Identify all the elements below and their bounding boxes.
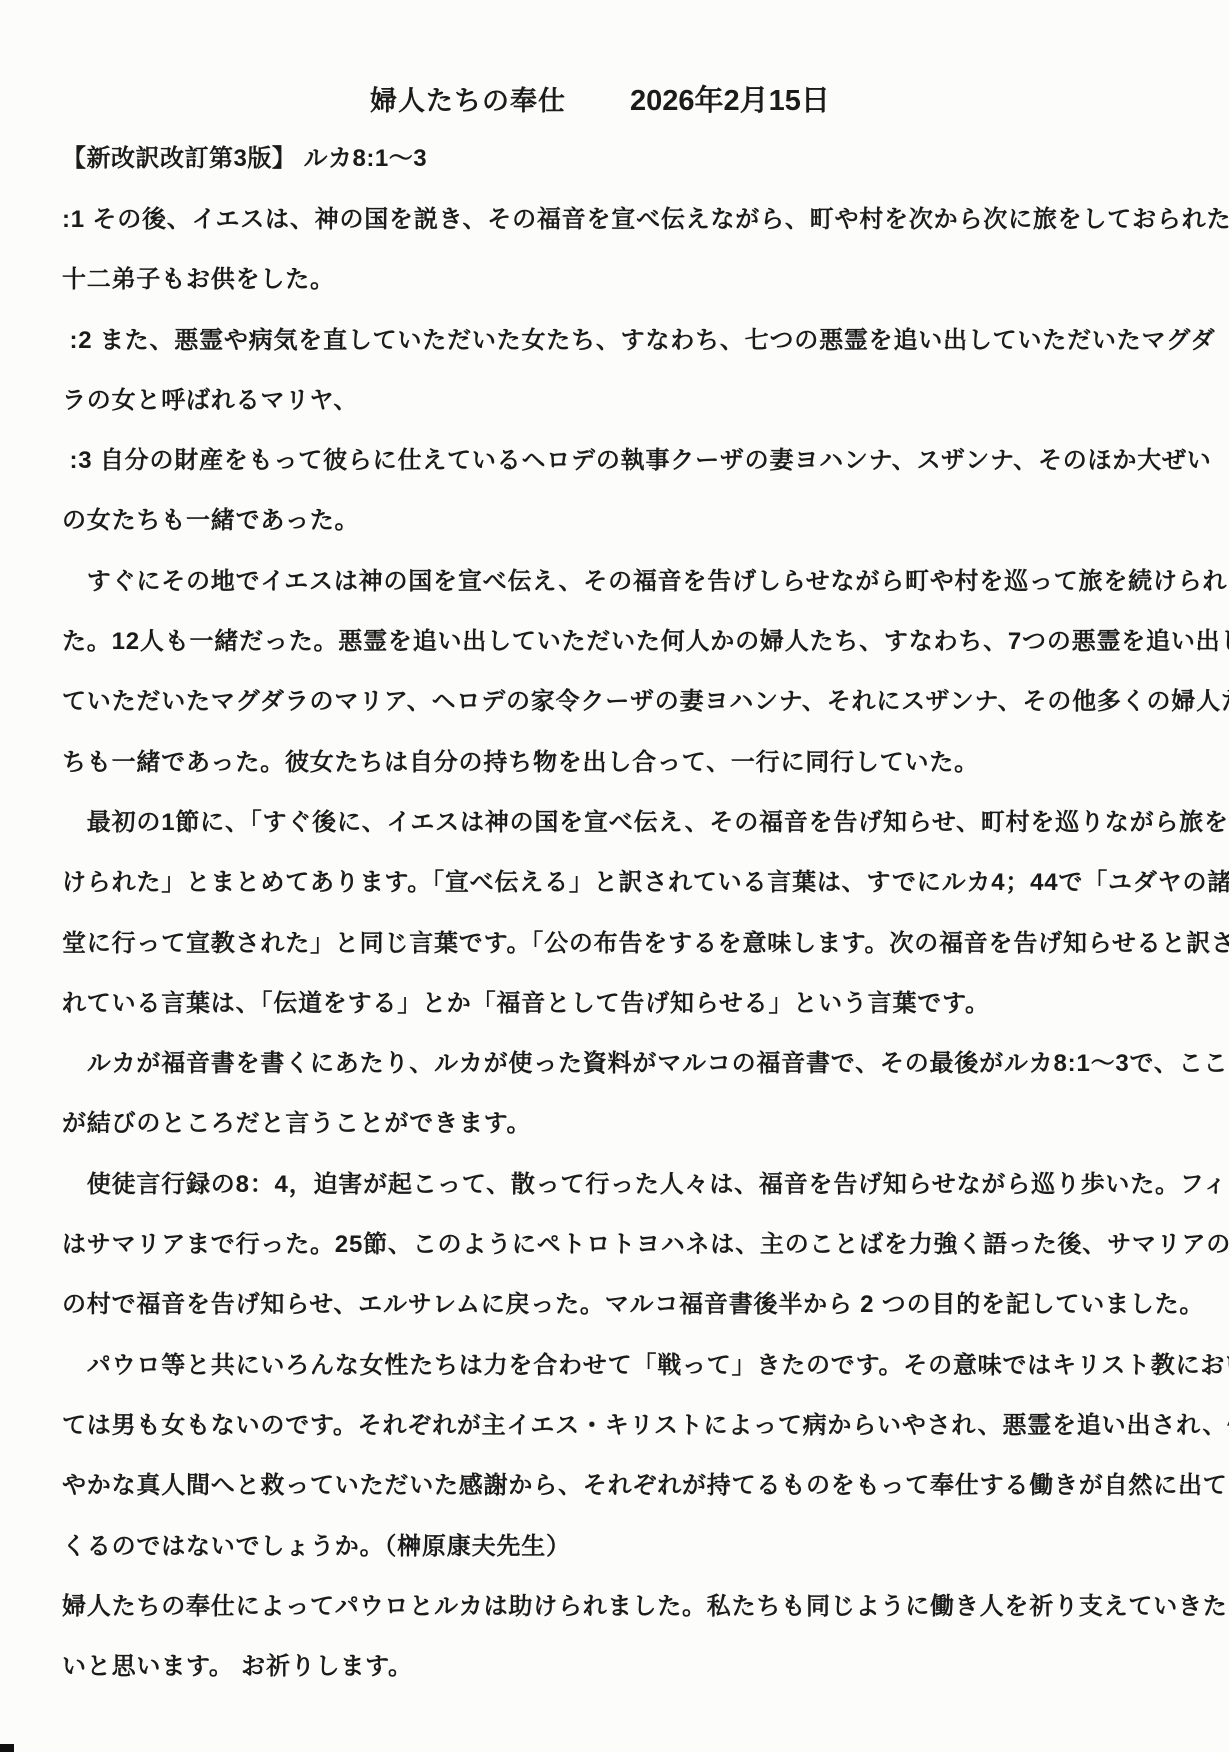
document-title: 婦人たちの奉仕 xyxy=(370,79,566,118)
document-header: 婦人たちの奉仕 2026年2月15日 xyxy=(370,78,830,119)
text-line: 最初の1節に、「すぐ後に、イエスは神の国を宣べ伝え、その福音を告げ知らせ、町村を… xyxy=(62,793,1177,853)
text-line: 十二弟子もお供をした。 xyxy=(62,250,1177,310)
text-line: ルカが福音書を書くにあたり、ルカが使った資料がマルコの福音書で、その最後がルカ8… xyxy=(62,1034,1177,1094)
translation-heading: 【新改訳改訂第3版】 ルカ8:1～3 xyxy=(62,138,427,173)
text-line: ちも一緒であった。彼女たちは自分の持ち物を出し合って、一行に同行していた。 xyxy=(62,733,1177,793)
text-line: 使徒言行録の8：4，迫害が起こって、散って行った人々は、福音を告げ知らせながら巡… xyxy=(62,1155,1177,1215)
text-line: ては男も女もないのです。それぞれが主イエス・キリストによって病からいやされ、悪霊… xyxy=(62,1396,1177,1456)
scanned-document-page: 婦人たちの奉仕 2026年2月15日 【新改訳改訂第3版】 ルカ8:1～3 :1… xyxy=(0,0,1229,1752)
text-line: :2 また、悪霊や病気を直していただいた女たち、すなわち、七つの悪霊を追い出して… xyxy=(62,311,1177,371)
text-line: ラの女と呼ばれるマリヤ、 xyxy=(62,371,1177,431)
text-line: :1 その後、イエスは、神の国を説き、その福音を宣べ伝えながら、町や村を次から次… xyxy=(62,190,1177,250)
text-line: の村で福音を告げ知らせ、エルサレムに戻った。マルコ福音書後半から 2 つの目的を… xyxy=(62,1275,1177,1335)
text-line: 堂に行って宣教された」と同じ言葉です。「公の布告をするを意味します。次の福音を告… xyxy=(62,914,1177,974)
document-body: :1 その後、イエスは、神の国を説き、その福音を宣べ伝えながら、町や村を次から次… xyxy=(62,190,1177,1697)
text-line: はサマリアまで行った。25節、このようにペトロトヨハネは、主のことばを力強く語っ… xyxy=(62,1215,1177,1275)
text-line: パウロ等と共にいろんな女性たちは力を合わせて「戦って」きたのです。その意味ではキ… xyxy=(62,1336,1177,1396)
text-line: た。12人も一緒だった。悪霊を追い出していただいた何人かの婦人たち、すなわち、7… xyxy=(62,612,1177,672)
document-date: 2026年2月15日 xyxy=(630,78,830,119)
text-line: すぐにその地でイエスは神の国を宣べ伝え、その福音を告げしらせながら町や村を巡って… xyxy=(62,552,1177,612)
text-line: ていただいたマグダラのマリア、ヘロデの家令クーザの妻ヨハンナ、それにスザンナ、そ… xyxy=(62,672,1177,732)
text-line: :3 自分の財産をもって彼らに仕えているヘロデの執事クーザの妻ヨハンナ、スザンナ… xyxy=(62,431,1177,491)
text-line: くるのではないでしょうか。（榊原康夫先生） xyxy=(62,1517,1177,1577)
text-line: いと思います。 お祈りします。 xyxy=(62,1637,1177,1697)
text-line: れている言葉は、「伝道をする」とか「福音として告げ知らせる」という言葉です。 xyxy=(62,974,1177,1034)
text-line: の女たちも一緒であった。 xyxy=(62,491,1177,551)
scan-artifact-mark xyxy=(0,1744,14,1752)
text-line: けられた」とまとめてあります。「宣べ伝える」と訳されている言葉は、すでにルカ4；… xyxy=(62,853,1177,913)
text-line: が結びのところだと言うことができます。 xyxy=(62,1094,1177,1154)
text-line: やかな真人間へと救っていただいた感謝から、それぞれが持てるものをもって奉仕する働… xyxy=(62,1456,1177,1516)
text-line: 婦人たちの奉仕によってパウロとルカは助けられました。私たちも同じように働き人を祈… xyxy=(62,1577,1177,1637)
